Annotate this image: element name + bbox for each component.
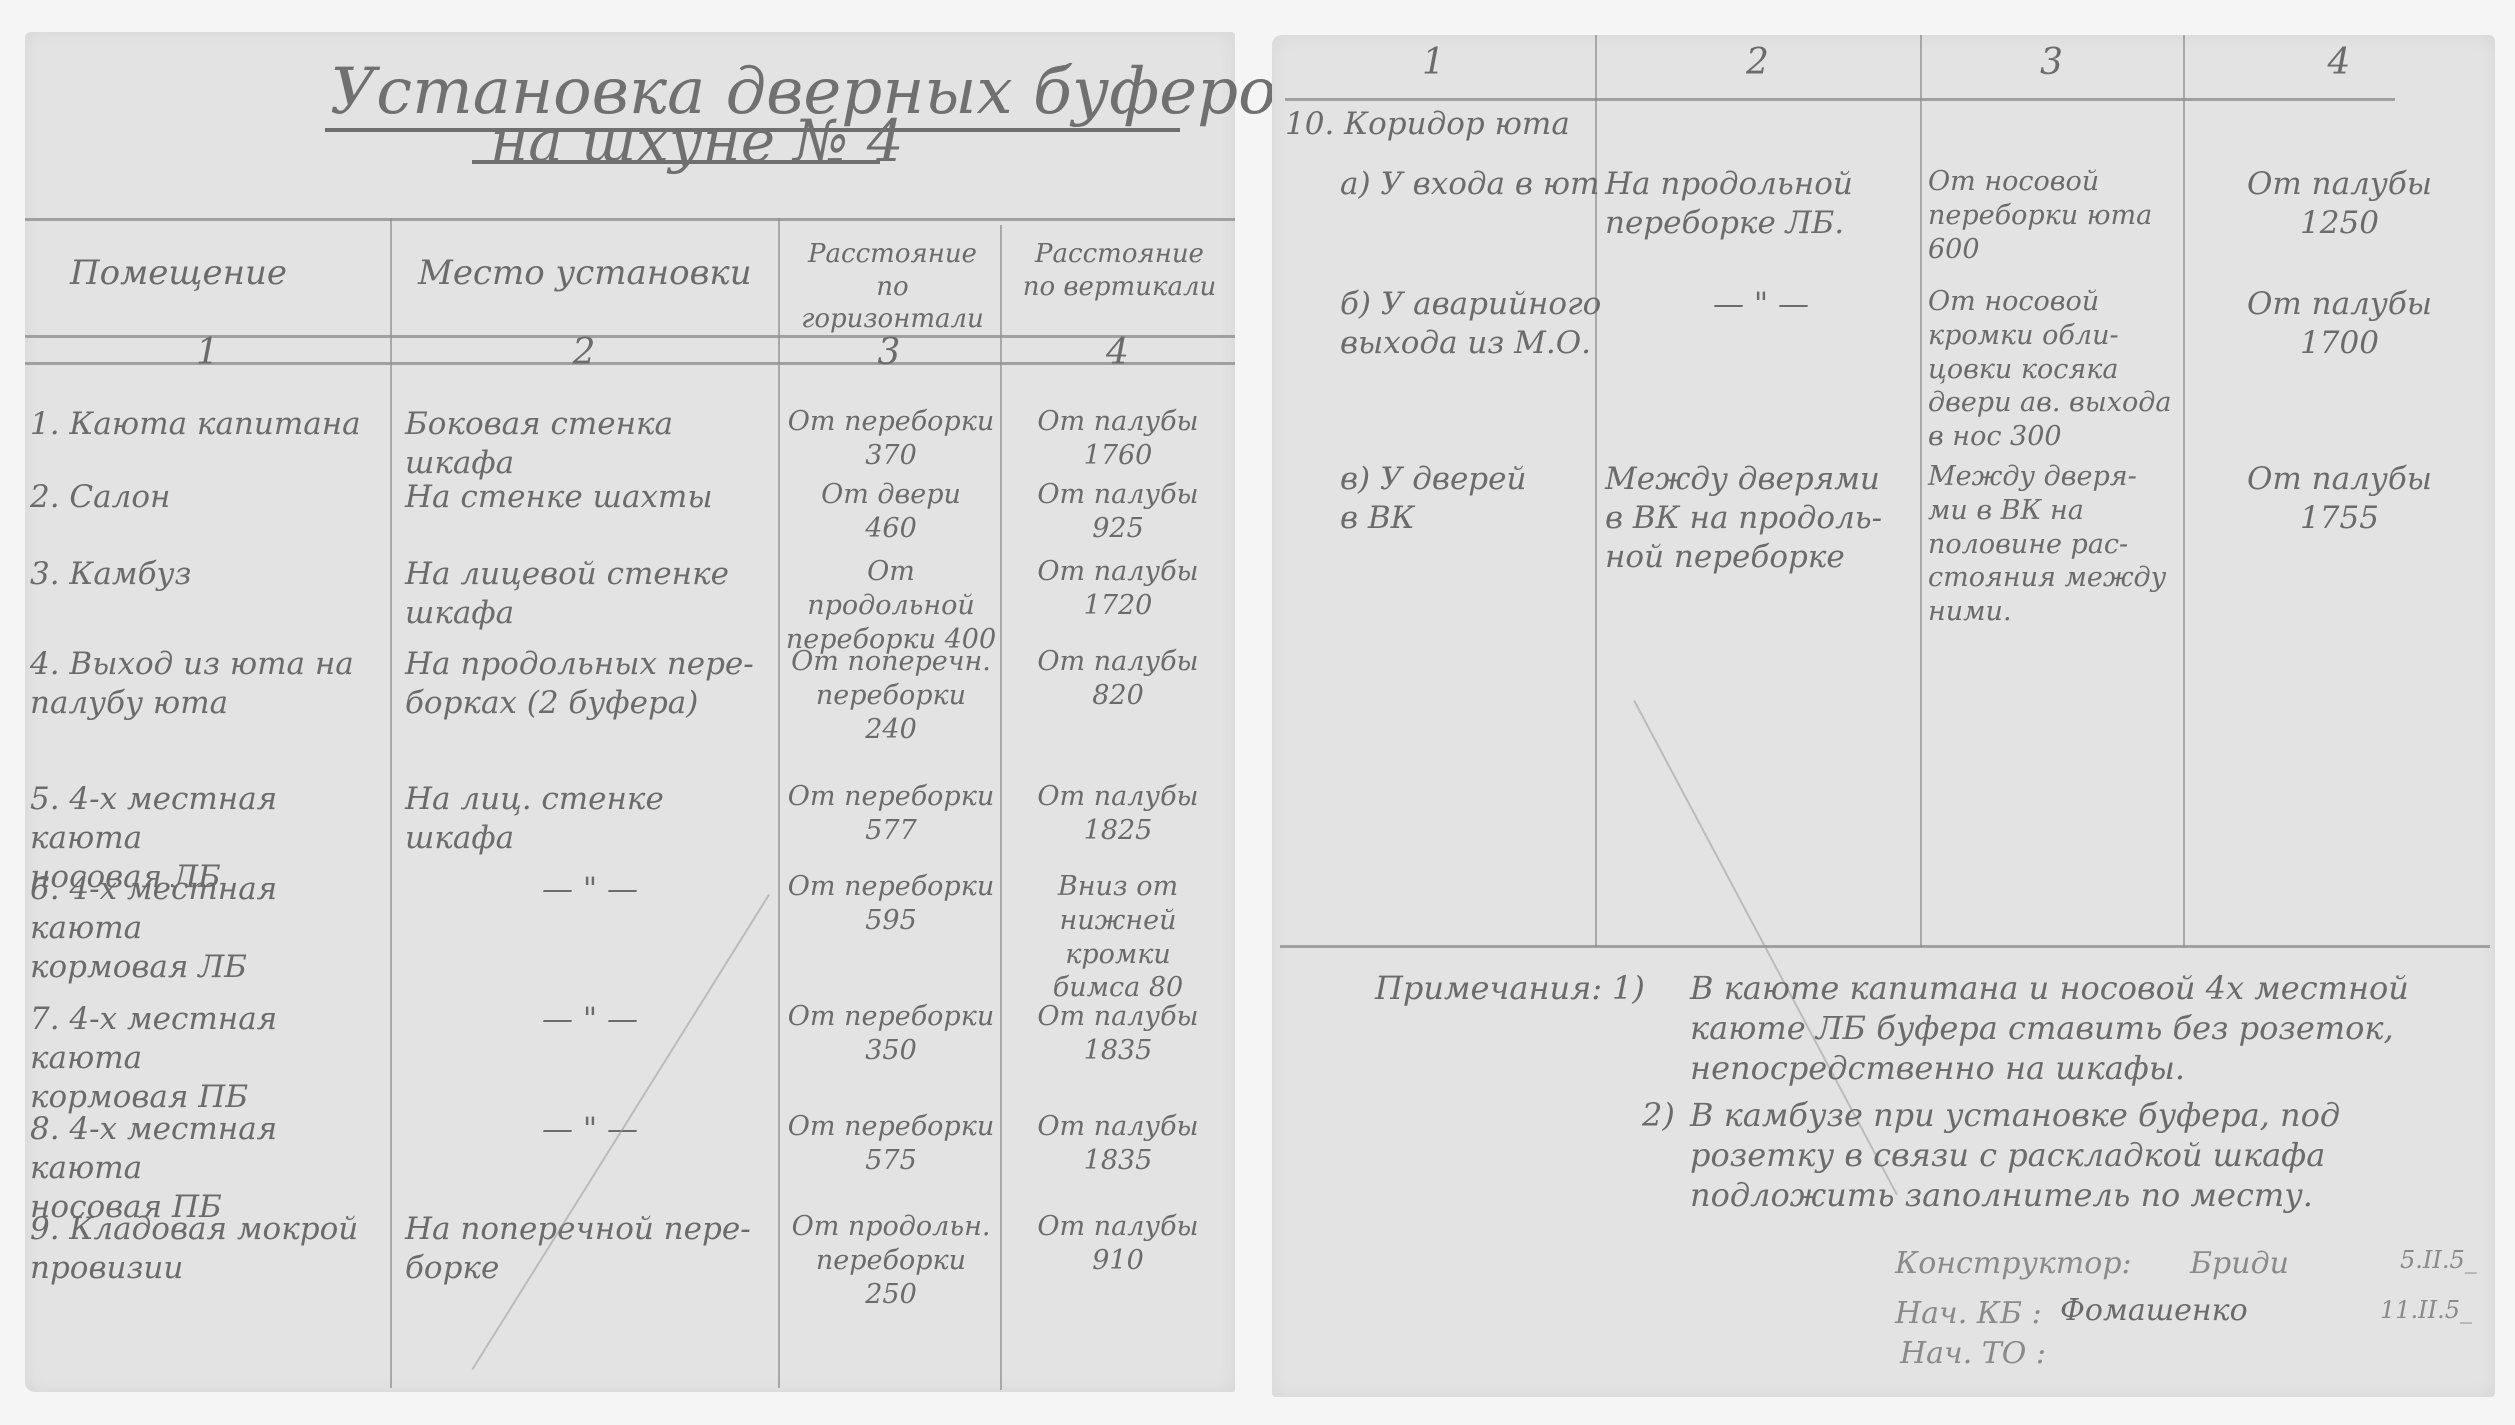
note-number: 1) — [1612, 968, 1645, 1008]
table-top-rule — [25, 218, 1235, 221]
table-cell-horizontal: От продольной переборки 400 — [782, 555, 1000, 656]
table-cell-place: На лиц. стенке шкафа — [405, 780, 775, 858]
table-cell-vertical: От палубы 910 — [1004, 1210, 1232, 1278]
table-cell-vertical: От палубы 1700 — [2192, 285, 2487, 363]
subtitle-underline — [472, 160, 880, 164]
header-vertical: Расстояние по вертикали — [1002, 238, 1237, 303]
table-cell-room: 7. 4-х местная каюта кормовая ПБ — [30, 1000, 385, 1116]
column-divider — [778, 218, 780, 1388]
table-cell-room: б) У аварийного выхода из М.О. — [1285, 285, 1645, 363]
column-divider — [390, 218, 392, 1388]
signature-name: Фомашенко — [2060, 1292, 2248, 1330]
table-cell-vertical: От палубы 1835 — [1004, 1000, 1232, 1068]
column-number: 2 — [390, 330, 778, 375]
table-cell-room: а) У входа в ют — [1285, 165, 1645, 204]
table-cell-place: — " — — [1605, 285, 1917, 324]
table-cell-horizontal: Между дверя- ми в ВК на половине рас- ст… — [1928, 460, 2180, 629]
table-cell-room: 1. Каюта капитана — [30, 405, 385, 444]
table-cell-room: 6. 4-х местная каюта кормовая ЛБ — [30, 870, 385, 986]
table-cell-vertical: От палубы 820 — [1004, 645, 1232, 713]
table-cell-room: 9. Кладовая мокрой провизии — [30, 1210, 385, 1288]
table-cell-room: 8. 4-х местная каюта носовая ПБ — [30, 1110, 385, 1226]
header-place: Место установки — [418, 252, 752, 295]
table-cell-vertical: От палубы 925 — [1004, 478, 1232, 546]
table-cell-horizontal: От носовой переборки юта 600 — [1928, 165, 2180, 266]
signature-role: Конструктор: — [1895, 1245, 2132, 1283]
table-cell-vertical: От палубы 1835 — [1004, 1110, 1232, 1178]
column-divider — [2183, 35, 2185, 947]
table-cell-place: Между дверями в ВК на продоль- ной переб… — [1605, 460, 1917, 576]
signature-date: 11.II.5_ — [2380, 1295, 2472, 1325]
table-cell-vertical: От палубы 1825 — [1004, 780, 1232, 848]
table-cell-horizontal: От двери 460 — [782, 478, 1000, 546]
column-number: 3 — [778, 330, 1000, 375]
table-cell-place: На поперечной пере- борке — [405, 1210, 775, 1288]
signature-role: Нач. КБ : — [1895, 1295, 2042, 1333]
table-cell-place: — " — — [405, 1110, 775, 1149]
table-cell-place: Боковая стенка шкафа — [405, 405, 775, 483]
notes-label: Примечания: — [1375, 968, 1602, 1008]
table-cell-horizontal: От переборки 595 — [782, 870, 1000, 938]
column-divider — [1000, 225, 1002, 1390]
note-number: 2) — [1642, 1095, 1675, 1135]
column-number: 4 — [1000, 330, 1235, 375]
document-subtitle: на шхуне № 4 — [490, 105, 904, 178]
note-text: В каюте капитана и носовой 4х местной ка… — [1690, 968, 2409, 1088]
table-cell-vertical: От палубы 1760 — [1004, 405, 1232, 473]
note-text: В камбузе при установке буфера, под розе… — [1690, 1095, 2340, 1215]
table-cell-room: 4. Выход из юта на палубу юта — [30, 645, 385, 723]
number-row-rule — [1285, 98, 2395, 101]
table-cell-vertical: Вниз от нижней кромки бимса 80 — [1004, 870, 1232, 1005]
signature-date: 5.II.5_ — [2400, 1245, 2477, 1275]
header-room: Помещение — [70, 252, 287, 295]
table-cell-place: — " — — [405, 870, 775, 909]
column-divider — [1920, 35, 1922, 947]
table-cell-vertical: От палубы 1755 — [2192, 460, 2487, 538]
table-cell-horizontal: От носовой кромки обли- цовки косяка две… — [1928, 285, 2180, 454]
table-cell-vertical: От палубы 1250 — [2192, 165, 2487, 243]
table-cell-horizontal: От переборки 577 — [782, 780, 1000, 848]
table-cell-horizontal: От переборки 370 — [782, 405, 1000, 473]
table-cell-place: На продольной переборке ЛБ. — [1605, 165, 1917, 243]
table-cell-place: На стенке шахты — [405, 478, 775, 517]
table-cell-room: 2. Салон — [30, 478, 385, 517]
table-cell-place: На лицевой стенке шкафа — [405, 555, 775, 633]
table-cell-horizontal: От продольн. переборки 250 — [782, 1210, 1000, 1311]
column-number: 2 — [1595, 40, 1920, 85]
column-number: 4 — [2183, 40, 2495, 85]
signature-name: Бриди — [2190, 1245, 2289, 1283]
table-cell-horizontal: От переборки 350 — [782, 1000, 1000, 1068]
table-cell-horizontal: От поперечн. переборки 240 — [782, 645, 1000, 746]
column-number: 1 — [1272, 40, 1595, 85]
notes-separator-rule — [1280, 945, 2490, 948]
table-cell-place: На продольных пере- борках (2 буфера) — [405, 645, 775, 723]
table-cell-room: в) У дверей в ВК — [1285, 460, 1645, 538]
signature-role: Нач. ТО : — [1900, 1335, 2046, 1373]
table-cell-vertical: От палубы 1720 — [1004, 555, 1232, 623]
table-cell-room: 10. Коридор юта — [1285, 105, 1590, 144]
table-cell-room: 3. Камбуз — [30, 555, 385, 594]
table-cell-place: — " — — [405, 1000, 775, 1039]
table-cell-horizontal: От переборки 575 — [782, 1110, 1000, 1178]
column-number: 1 — [25, 330, 390, 375]
header-horizontal: Расстояние по горизонтали — [785, 238, 1000, 336]
column-number: 3 — [1920, 40, 2183, 85]
